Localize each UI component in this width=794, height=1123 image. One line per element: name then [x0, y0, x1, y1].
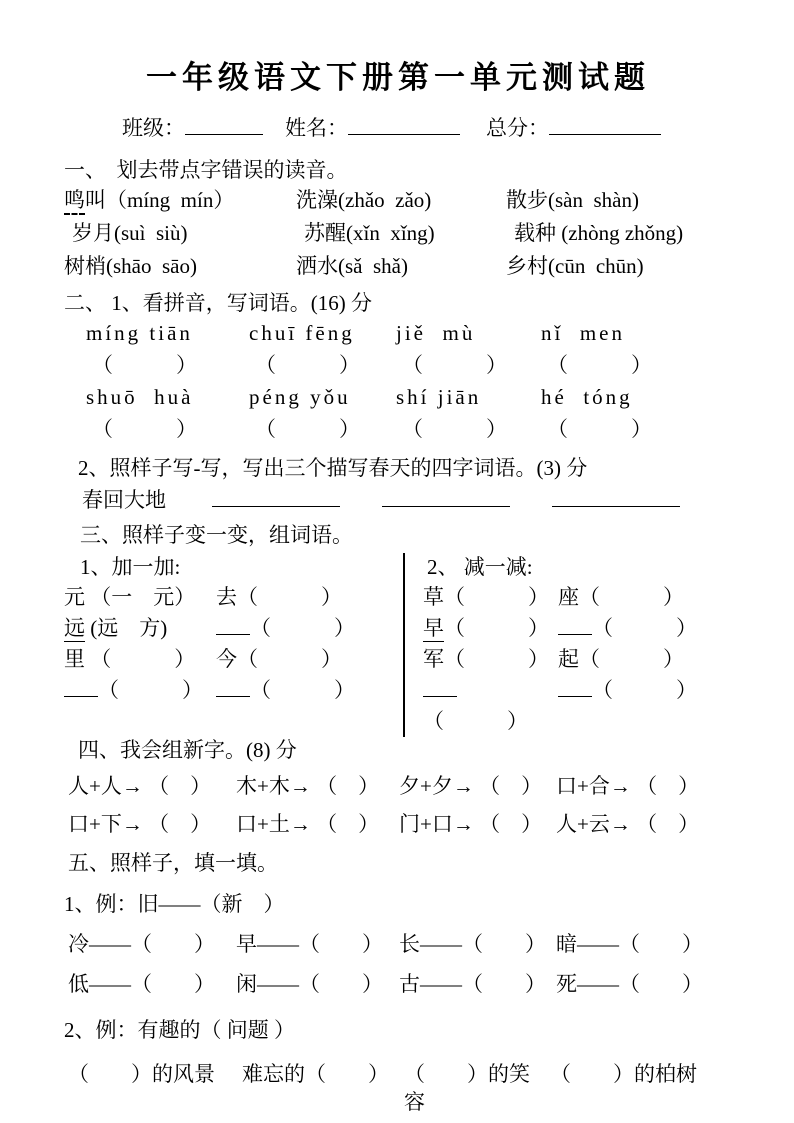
- section1-row: 树梢(shāo sāo) 洒水(sǎ shǎ) 乡村(cūn chūn): [64, 250, 732, 283]
- phrase-item: 难忘的（ ）: [242, 1060, 404, 1116]
- score-blank: [549, 114, 661, 135]
- combine-row: 口+下→ （ ） 口+土→ （ ） 门+口→ （ ） 人+云→ （ ）: [64, 810, 732, 838]
- add-column: 1、加一加: 元 （一 元） 去（ ） 远 (远 方) （ ） 里 （ ） 今（…: [64, 553, 403, 737]
- antonym-row: 低——（ ） 闲——（ ） 古——（ ） 死——（ ）: [64, 970, 732, 998]
- combine-item: 口+土→ （ ）: [236, 810, 399, 838]
- section1-row: 鸣叫（míng mín） 洗澡(zhǎo zǎo) 散步(sàn shàn): [64, 184, 732, 217]
- phrase-item: （ ）的柏树: [550, 1060, 732, 1116]
- char-cell: 起（ ）: [558, 644, 732, 675]
- char-blank: [558, 614, 592, 635]
- page-title: 一年级语文下册第一单元测试题: [64, 56, 732, 100]
- combine-item: 人+云→ （ ）: [556, 810, 732, 838]
- char-cell: 草（ ）: [423, 582, 558, 613]
- spring-example: 春回大地: [82, 483, 166, 517]
- section2-sub2-heading: 2、照样子写-写，写出三个描写春天的四字词语。(3) 分: [64, 453, 732, 483]
- answer-parens-row: （ ） （ ） （ ） （ ）: [64, 349, 732, 381]
- char-blank: [216, 614, 250, 635]
- class-blank: [185, 114, 263, 135]
- pinyin-word: nǐ men: [541, 317, 732, 349]
- antonym-item: 暗——（ ）: [556, 930, 732, 958]
- pinyin-word: péng yǒu: [249, 381, 396, 413]
- answer-parens: （ ）: [547, 413, 732, 445]
- combine-item: 夕+夕→ （ ）: [399, 772, 556, 800]
- char-cell: （ ）: [558, 675, 732, 737]
- name-blank: [348, 114, 460, 135]
- antonym-item: 闲——（ ）: [236, 970, 399, 998]
- answer-parens: （ ）: [255, 413, 402, 445]
- subtract-row: 军（ ） 起（ ）: [421, 644, 732, 675]
- antonym-example: 1、例：旧——（新 ）: [64, 890, 732, 918]
- word-item: 树梢(shāo sāo): [64, 250, 296, 283]
- char-cell: 早（ ）: [423, 613, 558, 644]
- word-item: 苏醒(xǐn xǐng): [304, 217, 514, 250]
- section1-heading: 一、 划去带点字错误的读音。: [64, 156, 732, 184]
- char-cell: 座（ ）: [558, 582, 732, 613]
- answer-parens: （ ）: [92, 413, 255, 445]
- char-blank: [423, 676, 457, 697]
- answer-parens: （ ）: [92, 349, 255, 381]
- word-item: 散步(sàn shàn): [506, 184, 732, 217]
- pinyin-word: chuī fēng: [249, 317, 396, 349]
- section2-heading: 二、 1、看拼音，写词语。(16) 分: [64, 289, 732, 317]
- pinyin-word: shí jiān: [396, 381, 541, 413]
- word-item: 洗澡(zhǎo zǎo): [296, 184, 506, 217]
- word-item: 乡村(cūn chūn): [506, 250, 732, 283]
- spring-idiom-row: 春回大地: [64, 483, 732, 517]
- pinyin-row: míng tiān chuī fēng jiě mù nǐ men: [64, 317, 732, 349]
- test-paper-page: 一年级语文下册第一单元测试题 班级： 姓名： 总分： 一、 划去带点字错误的读音…: [0, 0, 794, 1123]
- answer-parens: （ ）: [402, 349, 547, 381]
- class-label: 班级：: [122, 112, 185, 144]
- underlined-char: 早: [423, 616, 444, 642]
- answer-parens: （ ）: [402, 413, 547, 445]
- antonym-item: 死——（ ）: [556, 970, 732, 998]
- combine-item: 口+下→ （ ）: [68, 810, 236, 838]
- pinyin-word: hé tóng: [541, 381, 732, 413]
- add-row: 元 （一 元） 去（ ）: [64, 582, 403, 613]
- section3-heading: 三、照样子变一变，组词语。: [64, 519, 732, 551]
- word-item: 鸣叫（míng mín）: [64, 184, 296, 217]
- antonym-item: 低——（ ）: [68, 970, 236, 998]
- antonym-item: 冷——（ ）: [68, 930, 236, 958]
- student-info-row: 班级： 姓名： 总分：: [64, 112, 732, 144]
- add-column-title: 1、加一加:: [64, 553, 403, 582]
- char-cell: （ ）: [216, 613, 403, 644]
- combine-item: 木+木→ （ ）: [236, 772, 399, 800]
- subtract-row: （ ） （ ）: [421, 675, 732, 737]
- word-item: 洒水(sǎ shǎ): [296, 250, 506, 283]
- char-cell: 今（ ）: [216, 644, 403, 675]
- pinyin-word: jiě mù: [396, 317, 541, 349]
- underlined-char: 远: [64, 616, 85, 642]
- antonym-row: 冷——（ ） 早——（ ） 长——（ ） 暗——（ ）: [64, 930, 732, 958]
- char-cell: （ ）: [216, 675, 403, 706]
- phrase-example: 2、例：有趣的（ 问题 ）: [64, 1016, 732, 1044]
- char-cell: （ ）: [558, 613, 732, 644]
- section4-heading: 四、我会组新字。(8) 分: [64, 737, 732, 764]
- char-cell: （ ）: [64, 675, 216, 706]
- char-cell: 元 （一 元）: [64, 582, 216, 613]
- pinyin-word: míng tiān: [86, 317, 249, 349]
- add-row: 里 （ ） 今（ ）: [64, 644, 403, 675]
- combine-item: 口+合→ （ ）: [556, 772, 732, 800]
- char-cell: （ ）: [423, 675, 558, 737]
- section1-row: 岁月(suì siù) 苏醒(xǐn xǐng) 载种 (zhòng zhǒng…: [64, 217, 732, 250]
- phrase-row: （ ）的风景 难忘的（ ） （ ）的笑容 （ ）的柏树: [64, 1060, 732, 1116]
- char-cell: 去（ ）: [216, 582, 403, 613]
- answer-parens: （ ）: [547, 349, 732, 381]
- phrase-item: （ ）的笑容: [404, 1060, 550, 1116]
- char-cell: 里 （ ）: [64, 644, 216, 675]
- add-row: 远 (远 方) （ ）: [64, 613, 403, 644]
- add-row: （ ） （ ）: [64, 675, 403, 706]
- idiom-blank: [552, 486, 680, 507]
- antonym-item: 长——（ ）: [399, 930, 556, 958]
- char-blank: [64, 676, 98, 697]
- char-blank: [558, 676, 592, 697]
- antonym-item: 早——（ ）: [236, 930, 399, 958]
- answer-parens-row: （ ） （ ） （ ） （ ）: [64, 413, 732, 445]
- pinyin-row: shuō huà péng yǒu shí jiān hé tóng: [64, 381, 732, 413]
- subtract-row: 早（ ） （ ）: [421, 613, 732, 644]
- phrase-item: （ ）的风景: [68, 1060, 242, 1116]
- combine-item: 门+口→ （ ）: [399, 810, 556, 838]
- section5-heading: 五、照样子，填一填。: [64, 850, 732, 876]
- word-item: 载种 (zhòng zhǒng): [514, 217, 732, 250]
- char-cell: 军（ ）: [423, 644, 558, 675]
- answer-parens: （ ）: [255, 349, 402, 381]
- idiom-blank: [212, 486, 340, 507]
- word-item: 岁月(suì siù): [72, 217, 304, 250]
- subtract-column-title: 2、 减一减:: [421, 553, 732, 582]
- name-label: 姓名：: [285, 112, 348, 144]
- section3-columns: 1、加一加: 元 （一 元） 去（ ） 远 (远 方) （ ） 里 （ ） 今（…: [64, 553, 732, 737]
- combine-item: 人+人→ （ ）: [68, 772, 236, 800]
- dotted-char: 鸣: [64, 188, 85, 215]
- idiom-blank: [382, 486, 510, 507]
- subtract-column: 2、 减一减: 草（ ） 座（ ） 早（ ） （ ） 军（ ） 起（ ） （ ）…: [403, 553, 732, 737]
- char-cell: 远 (远 方): [64, 613, 216, 644]
- antonym-item: 古——（ ）: [399, 970, 556, 998]
- combine-row: 人+人→ （ ） 木+木→ （ ） 夕+夕→ （ ） 口+合→ （ ）: [64, 772, 732, 800]
- pinyin-word: shuō huà: [86, 381, 249, 413]
- subtract-row: 草（ ） 座（ ）: [421, 582, 732, 613]
- score-label: 总分：: [486, 112, 549, 144]
- char-blank: [216, 676, 250, 697]
